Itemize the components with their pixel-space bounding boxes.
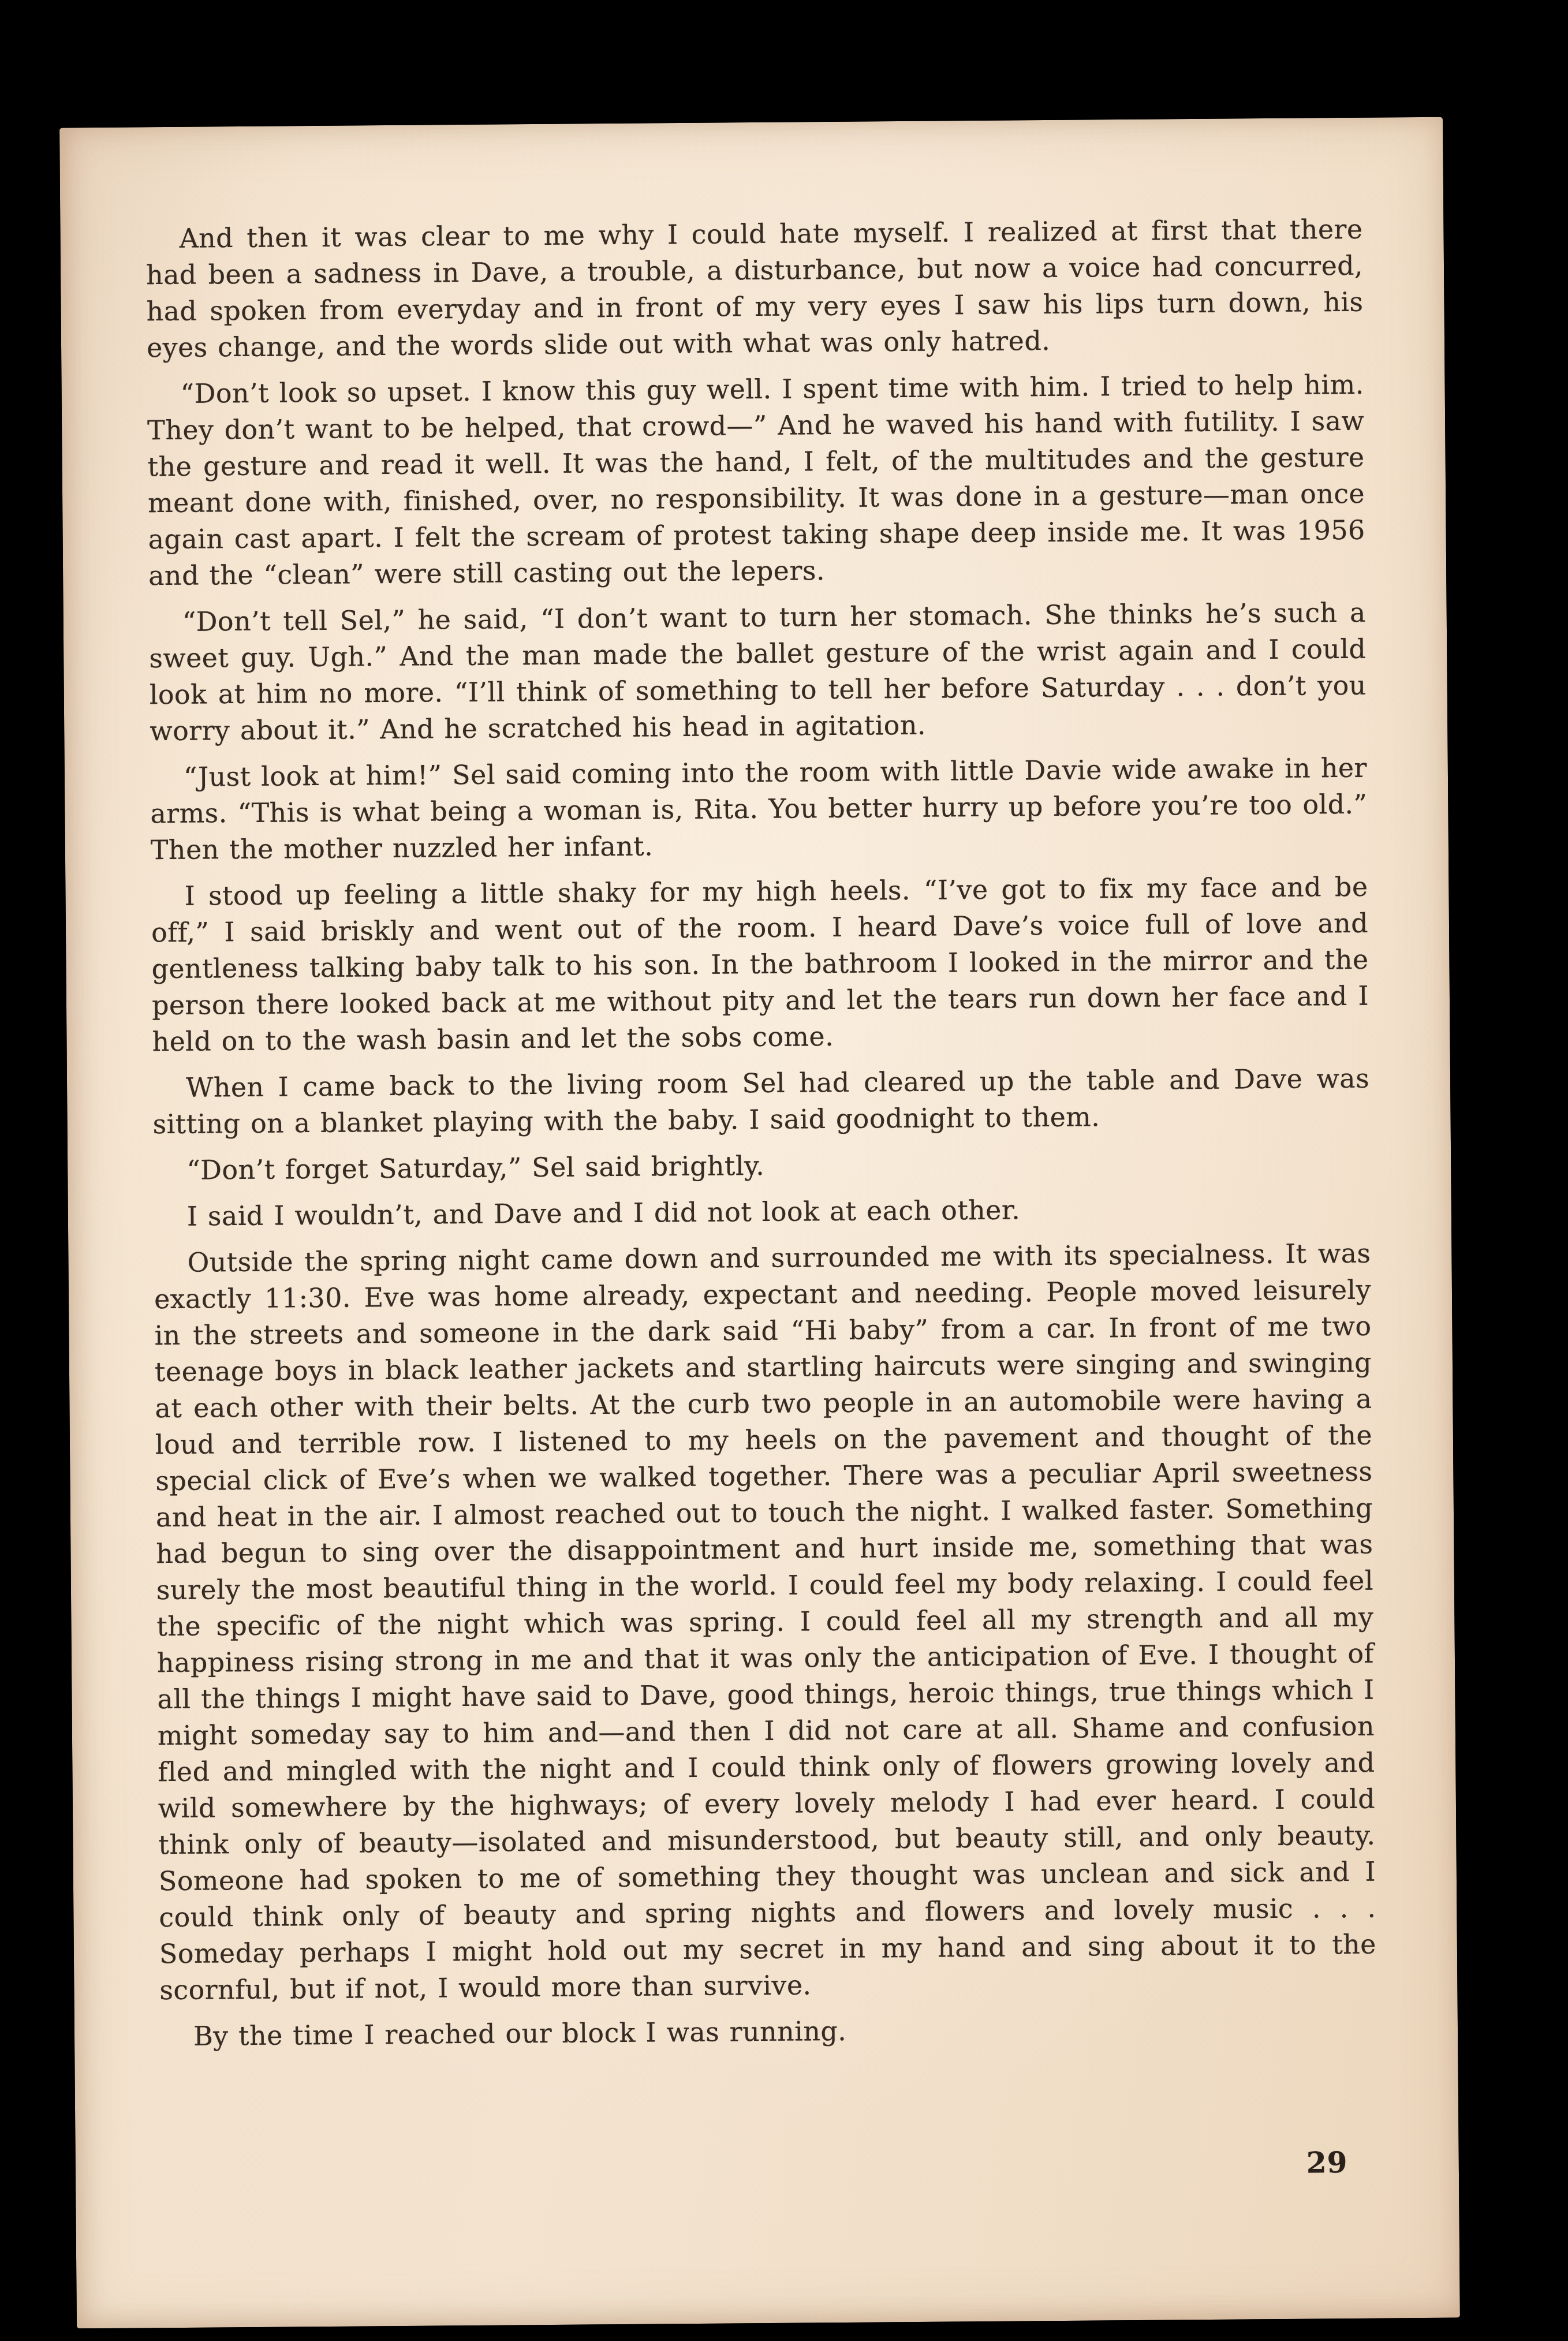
book-page: And then it was clear to me why I could …: [59, 117, 1460, 2329]
story-paragraph: And then it was clear to me why I could …: [145, 211, 1364, 367]
story-paragraph: “Just look at him!” Sel said coming into…: [150, 750, 1368, 869]
story-paragraph: Outside the spring night came down and s…: [154, 1235, 1376, 2009]
story-paragraph: “Don’t tell Sel,” he said, “I don’t want…: [149, 595, 1367, 750]
scan-background: And then it was clear to me why I could …: [0, 0, 1568, 2341]
story-paragraph: “Don’t look so upset. I know this guy we…: [147, 367, 1365, 595]
story-paragraph: When I came back to the living room Sel …: [152, 1061, 1370, 1143]
story-text-block: And then it was clear to me why I could …: [145, 211, 1377, 2064]
page-number: 29: [1306, 2145, 1348, 2180]
story-paragraph: I stood up feeling a little shaky for my…: [151, 869, 1369, 1061]
story-paragraph: “Don’t forget Saturday,” Sel said bright…: [153, 1143, 1370, 1189]
story-paragraph: By the time I reached our block I was ru…: [160, 2009, 1377, 2055]
story-paragraph: I said I wouldn’t, and Dave and I did no…: [154, 1189, 1371, 1235]
